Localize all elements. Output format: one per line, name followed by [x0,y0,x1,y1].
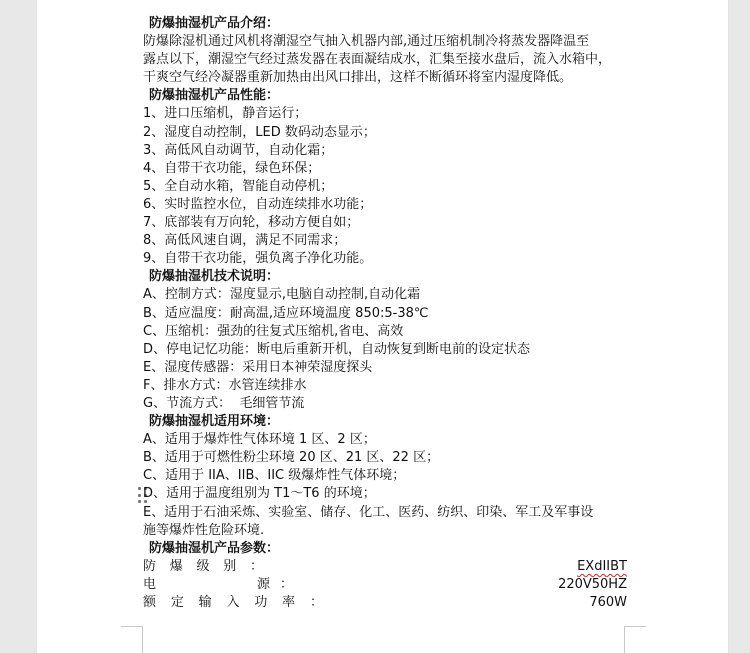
list-item: 7、底部装有万向轮，移动方便自如； [143,214,627,232]
intro-line-1: 防爆除湿机通过风机将潮湿空气抽入机器内部,通过压缩机制冷将蒸发器降温至 [143,33,627,51]
list-item: D、适用于温度组别为 T1～T6 的环境； [143,485,627,503]
section-heading-performance: 防爆抽湿机产品性能： [143,87,627,105]
list-item: B、适应温度：耐高温,适应环境温度 850:5-38℃ [143,305,627,323]
list-item: G、节流方式： 毛细管节流 [143,395,627,413]
list-item: F、排水方式：水管连续排水 [143,377,627,395]
document-page[interactable]: 防爆抽湿机产品介绍： 防爆除湿机通过风机将潮湿空气抽入机器内部,通过压缩机制冷将… [37,0,728,653]
list-item: 3、高低风自动调节，自动化霜； [143,142,627,160]
list-item: 9、自带干衣功能，强负离子净化功能。 [143,250,627,268]
section-heading-parameters: 防爆抽湿机产品参数： [143,540,627,558]
list-item: D、停电记忆功能：断电后重新开机，自动恢复到断电前的设定状态 [143,341,627,359]
param-row-rated-power: 额 定 输 入 功 率 ： 760W [143,594,627,612]
intro-line-3: 干爽空气经冷凝器重新加热由出风口排出，这样不断循环将室内湿度降低。 [143,69,627,87]
intro-line-2: 露点以下，潮湿空气经过蒸发器在表面凝结成水，汇集至接水盘后，流入水箱中， [143,51,627,69]
param-label: 防 爆 级 别 ： [143,558,263,576]
section-heading-tech-specs: 防爆抽湿机技术说明： [143,268,627,286]
list-item: E、湿度传感器：采用日本神荣湿度探头 [143,359,627,377]
param-label: 额 定 输 入 功 率 ： [143,594,323,612]
list-item: E、适用于石油采炼、实验室、储存、化工、医药、纺织、印染、军工及军事设 [143,504,627,522]
param-label: 电 源 ： [143,576,293,594]
document-body[interactable]: 防爆抽湿机产品介绍： 防爆除湿机通过风机将潮湿空气抽入机器内部,通过压缩机制冷将… [143,15,627,612]
param-row-explosion-grade: 防 爆 级 别 ： EXdIIBT [143,558,627,576]
param-value: EXdIIBT [577,558,627,576]
margin-corner-marker-left [121,626,143,653]
param-row-power-source: 电 源 ： 220V50HZ [143,576,627,594]
param-value: 220V50HZ [558,576,627,594]
margin-corner-marker-right [624,626,646,653]
list-item: C、压缩机：强劲的往复式压缩机,省电、高效 [143,323,627,341]
list-item: B、适用于可燃性粉尘环境 20 区、21 区、22 区； [143,449,627,467]
param-value: 760W [589,594,627,612]
list-item-continuation: 施等爆炸性危险环境. [143,522,627,540]
list-item: 6、实时监控水位，自动连续排水功能； [143,196,627,214]
list-item: 4、自带干衣功能，绿色环保； [143,160,627,178]
section-heading-intro: 防爆抽湿机产品介绍： [143,15,627,33]
list-item: 8、高低风速自调，满足不同需求； [143,232,627,250]
list-item: C、适用于 IIA、IIB、IIC 级爆炸性气体环境； [143,467,627,485]
list-item: 5、全自动水箱，智能自动停机； [143,178,627,196]
list-item: A、适用于爆炸性气体环境 1 区、2 区； [143,431,627,449]
list-item: 2、湿度自动控制，LED 数码动态显示； [143,124,627,142]
section-heading-environment: 防爆抽湿机适用环境： [143,413,627,431]
list-item: 1、进口压缩机，静音运行； [143,105,627,123]
list-item: A、控制方式：湿度显示,电脑自动控制,自动化霜 [143,286,627,304]
